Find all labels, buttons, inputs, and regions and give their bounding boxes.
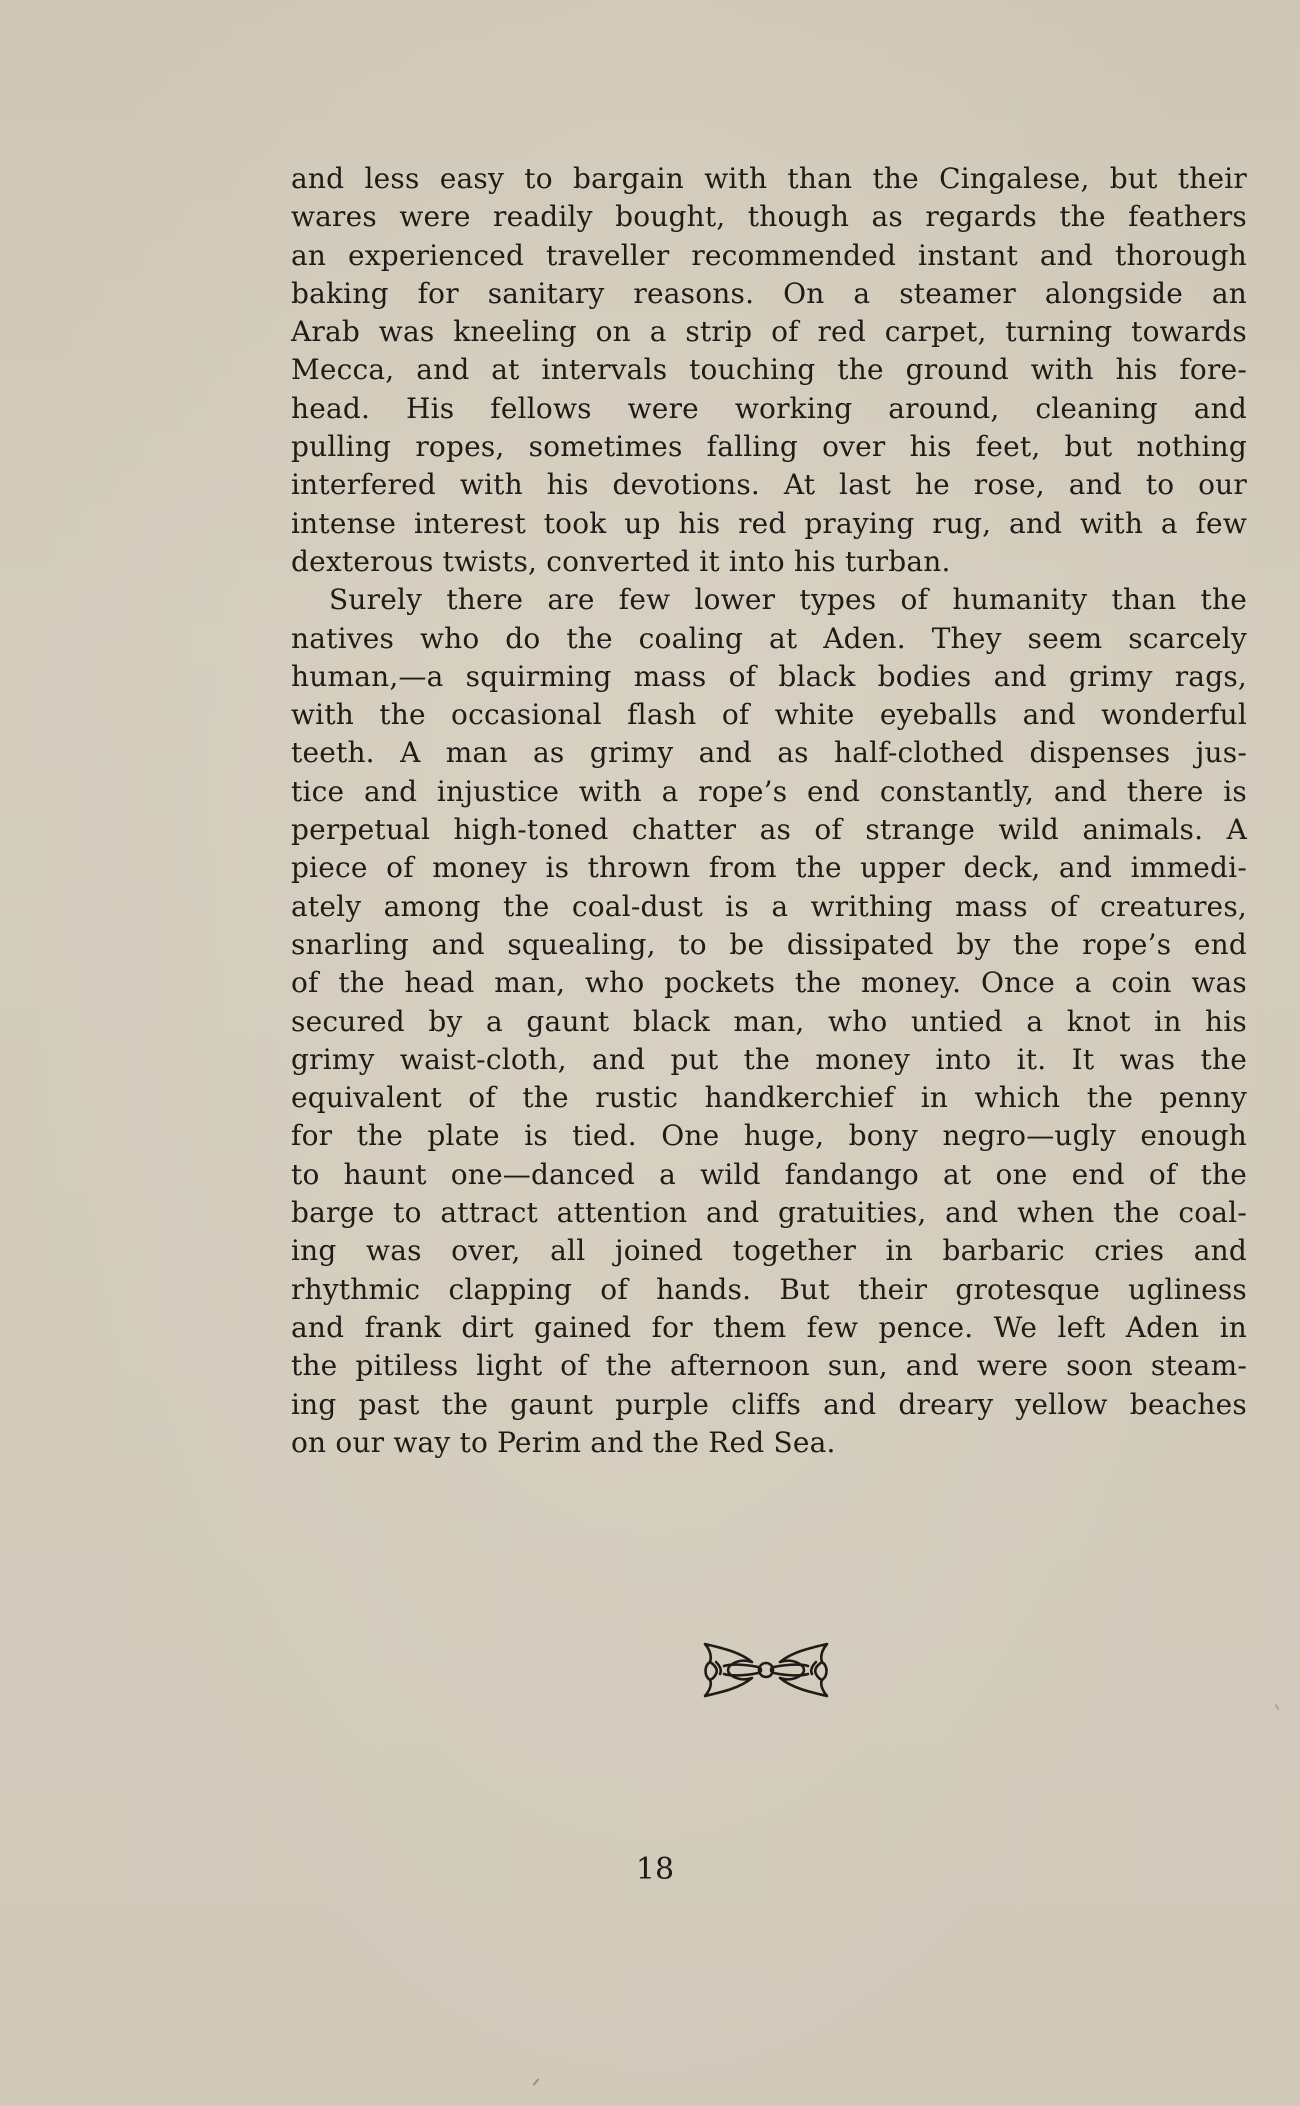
text-line: grimy waist-cloth, and put the money int… [291, 1041, 1247, 1079]
text-line: natives who do the coaling at Aden. They… [291, 620, 1247, 658]
paragraph-1: and less easy to bargain with than the C… [291, 160, 1247, 581]
text-line: perpetual high-toned chatter as of stran… [291, 811, 1247, 849]
paper-speck [533, 2078, 540, 2085]
text-line: for the plate is tied. One huge, bony ne… [291, 1117, 1247, 1155]
text-line: snarling and squealing, to be dissipated… [291, 926, 1247, 964]
text-line: ing was over, all joined together in bar… [291, 1232, 1247, 1270]
text-line: Arab was kneeling on a strip of red carp… [291, 313, 1247, 351]
text-line: an experienced traveller recommended ins… [291, 237, 1247, 275]
text-line: head. His fellows were working around, c… [291, 390, 1247, 428]
text-line: and frank dirt gained for them few pence… [291, 1309, 1247, 1347]
text-line: wares were readily bought, though as reg… [291, 198, 1247, 236]
text-line: tice and injustice with a rope’s end con… [291, 773, 1247, 811]
text-line: rhythmic clapping of hands. But their gr… [291, 1271, 1247, 1309]
text-line: equivalent of the rustic handkerchief in… [291, 1079, 1247, 1117]
text-line: human,—a squirming mass of black bodies … [291, 658, 1247, 696]
text-line: intense interest took up his red praying… [291, 505, 1247, 543]
paper-speck [1275, 1704, 1280, 1710]
text-line: of the head man, who pockets the money. … [291, 964, 1247, 1002]
text-line: to haunt one—danced a wild fandango at o… [291, 1156, 1247, 1194]
book-page: and less easy to bargain with than the C… [0, 0, 1300, 2106]
page-number: 18 [0, 1852, 1300, 1887]
text-line: baking for sanitary reasons. On a steame… [291, 275, 1247, 313]
text-line: pulling ropes, sometimes falling over hi… [291, 428, 1247, 466]
paragraph-2: Surely there are few lower types of huma… [291, 581, 1247, 1462]
text-line: the pitiless light of the afternoon sun,… [291, 1347, 1247, 1385]
text-line: Mecca, and at intervals touching the gro… [291, 351, 1247, 389]
winged-fleuron-icon [700, 1636, 832, 1700]
text-line: piece of money is thrown from the upper … [291, 849, 1247, 887]
text-line: secured by a gaunt black man, who untied… [291, 1003, 1247, 1041]
body-text: and less easy to bargain with than the C… [291, 160, 1247, 1462]
text-line: and less easy to bargain with than the C… [291, 160, 1247, 198]
text-line: interfered with his devotions. At last h… [291, 466, 1247, 504]
text-line: teeth. A man as grimy and as half-clothe… [291, 734, 1247, 772]
text-line: Surely there are few lower types of huma… [291, 581, 1247, 619]
text-line: on our way to Perim and the Red Sea. [291, 1424, 1247, 1462]
text-line: dexterous twists, converted it into his … [291, 543, 1247, 581]
text-line: with the occasional flash of white eyeba… [291, 696, 1247, 734]
text-line: ately among the coal-dust is a writhing … [291, 888, 1247, 926]
text-line: barge to attract attention and gratuitie… [291, 1194, 1247, 1232]
text-line: ing past the gaunt purple cliffs and dre… [291, 1386, 1247, 1424]
